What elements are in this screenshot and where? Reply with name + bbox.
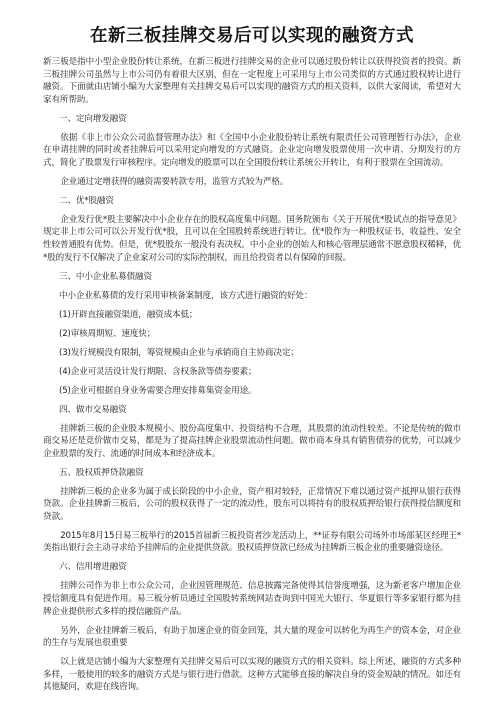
section-heading-5: 五、股权质押贷款融资 <box>43 467 461 480</box>
document-body: 新三板是指中小型企业股份转让系统，在新三板进行挂牌交易的企业可以通过股份转让以获… <box>43 56 461 700</box>
section-5-paragraph-1: 挂牌新三板的企业多为属于成长阶段的中小企业，资产相对较轻，正常情况下难以通过资产… <box>43 486 461 524</box>
section-3-lead: 中小企业私募债的发行采用审核备案制度，该方式进行融资的好处： <box>43 290 461 303</box>
document-title: 在新三板挂牌交易后可以实现的融资方式 <box>0 22 504 47</box>
list-item: (5)企业可根据自身业务需要合理安排募集资金用途。 <box>43 385 461 398</box>
section-heading-4: 四、做市交易融资 <box>43 404 461 417</box>
section-heading-3: 三、中小企业私募债融资 <box>43 271 461 284</box>
section-6-paragraph-2: 另外，企业挂牌新三板后，有助于加速企业的资金回笼，其大量的现金可以转化为再生产的… <box>43 625 461 650</box>
list-item: (3)发行规模没有限制，筹资规模由企业与承销商自主协商决定； <box>43 347 461 360</box>
section-5-paragraph-2: 2015年8月15日易三板举行的2015首届新三板投资者沙龙活动上，**证券有限… <box>43 530 461 555</box>
section-6-paragraph-1: 挂牌公司作为非上市公众公司，企业因管理规范、信息披露完备使得其信誉度增强，这为新… <box>43 580 461 618</box>
list-item: (4)企业可灵活设计发行期限、含权条款等债券要素； <box>43 366 461 379</box>
section-heading-6: 六、信用增进融资 <box>43 561 461 574</box>
section-1-paragraph-1: 依据《非上市公众公司监督管理办法》和《全国中小企业股份转让系统有限责任公司管理暂… <box>43 132 461 170</box>
section-2-paragraph-1: 企业发行优*股主要解决中小企业存在的股权高度集中问题。国务院颁布《关于开展优*股… <box>43 214 461 264</box>
section-heading-2: 二、优*股融资 <box>43 195 461 208</box>
section-4-paragraph-1: 挂牌新三板的企业股本规模小、股份高度集中、投资结构不合理，其股票的流动性较差。不… <box>43 423 461 461</box>
section-heading-1: 一、定向增发融资 <box>43 113 461 126</box>
list-item: (1)开辟直接融资渠道，融资成本低； <box>43 309 461 322</box>
intro-paragraph: 新三板是指中小型企业股份转让系统，在新三板进行挂牌交易的企业可以通过股份转让以获… <box>43 56 461 106</box>
conclusion-paragraph: 以上就是店铺小编为大家整理有关挂牌交易后可以实现的融资方式的相关资料。综上所述，… <box>43 656 461 694</box>
section-1-paragraph-2: 企业通过定增获得的融资需要转款专用，监管方式较为严格。 <box>43 176 461 189</box>
list-item: (2)审核周期短、速度快； <box>43 328 461 341</box>
document-page: 在新三板挂牌交易后可以实现的融资方式 新三板是指中小型企业股份转让系统，在新三板… <box>0 0 504 713</box>
